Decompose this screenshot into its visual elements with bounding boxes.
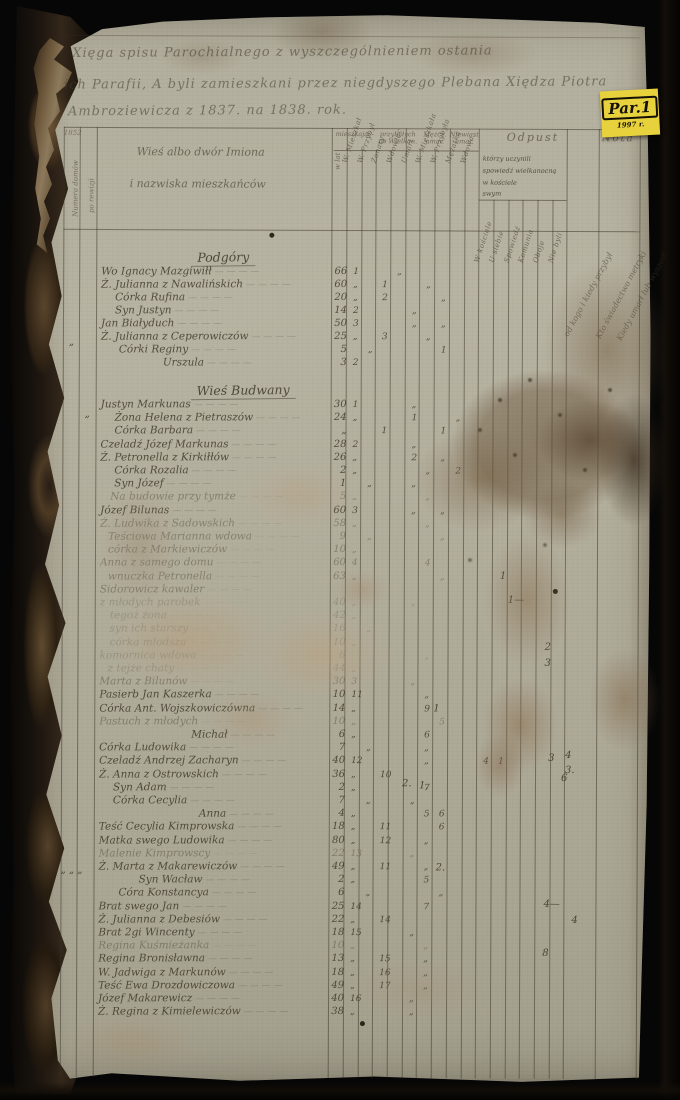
row-name: Michał [191,728,275,740]
row-mark: „ [426,280,431,290]
odpust-note-1: którzy uczynili [483,155,531,163]
row-age: „ [330,425,346,436]
row-name: Regina Bronisławna [98,952,252,964]
ink-dot [360,1021,365,1026]
row-mark: 4 [425,559,431,569]
stray-numeral: „ [85,409,90,420]
row-name: Anna z samego domu [100,556,261,568]
row-age: 10 [330,544,346,555]
row-name: Pastuch z młodych [99,715,246,727]
table-row: Ż. Regina z Kimielewiczów38„„ [0,1005,678,1021]
row-mark: „ [351,822,356,832]
stray-numeral: 4 [565,750,571,761]
row-name: córka młodsza [110,636,234,648]
row-mark: „ [352,453,357,463]
row-mark: „ [351,717,356,727]
row-mark: „ [351,862,356,872]
stray-numeral: 4— [543,899,559,910]
row-mark: „ [353,332,358,342]
row-age: 49 [328,980,344,991]
row-mark: 1 [353,267,359,277]
row-age: 10 [329,716,345,727]
row-mark: „ [367,532,372,542]
stray-numeral: 1— [508,595,524,606]
archive-label: Par.1 1997 r. [600,89,660,138]
row-mark: 1 [498,757,504,767]
row-age: 6 [328,887,344,898]
stray-numeral: 1, [419,780,429,791]
row-name: Teściowa Marianna wdowa [108,530,299,543]
row-mark: „ [352,519,357,529]
row-mark: „ [410,796,415,806]
stray-numeral: 1 [500,571,506,582]
row-mark: „ [353,280,358,290]
row-age: 80 [329,835,345,846]
scanned-register-page: Xięga spisu Parochialnego z wyszczególni… [0,0,680,1100]
row-name: Czeladź Andrzej Zacharyn [99,755,286,767]
row-mark: 4 [483,757,489,767]
row-age: 3 [331,357,347,368]
row-mark: „ [409,1007,414,1017]
row-name: Justyn Markunas [101,398,239,410]
row-name: Sidorowicz kawaler [100,583,252,595]
row-age: 5 [330,491,346,502]
row-age: 42 [330,610,346,621]
row-age: 38 [328,1006,344,1017]
row-mark: 6 [439,810,445,820]
row-mark: 1 [381,427,387,437]
row-mark: „ [411,479,416,489]
table-row: Urszula32 [1,356,680,372]
row-mark: „ [438,889,443,899]
row-mark: 1 [353,400,359,410]
row-name: Córka Rozalia [114,464,236,476]
row-age: 20 [331,292,347,303]
row-age: 60 [330,505,346,516]
row-age: 63 [330,571,346,582]
row-age: 66 [331,266,347,277]
row-mark: 3 [351,677,357,687]
row-mark: „ [441,319,446,329]
odpust-note-2: spowiedź wielkanocną [483,167,557,175]
row-mark: „ [351,875,356,885]
row-name: córka z Markiewiczów [108,543,275,555]
odpust-note-3: w kościele [483,179,517,187]
row-name: Syn Wacław [139,873,250,885]
row-name: Ż. Regina z Kimielewiczów [98,1005,288,1017]
row-mark: „ [367,479,372,489]
row-mark: „ [353,413,358,423]
row-mark: „ [423,942,428,952]
row-name: Malenie Kimprowscy [99,847,258,859]
row-age: 13 [328,953,344,964]
row-age: 60 [330,557,346,568]
row-name: Teść Cecylia Kimprowska [99,821,282,833]
page-title-line-3: Ambroziewicza z 1837. na 1838. rok. [68,103,347,120]
row-name: Syn Justyn [115,304,219,316]
row-age: 2 [329,782,345,793]
odpust-group-label: Odpust [507,131,559,144]
group-headers: mieszkając-przybyłych po Wielkan.Mężcz. … [2,0,680,1]
row-mark: 12 [351,756,362,766]
row-name: Regina Kuśmieżanka [98,939,257,951]
row-mark: „ [426,332,431,342]
row-mark: „ [424,691,429,701]
row-mark: „ [441,293,446,303]
row-mark: „ [440,532,445,542]
row-name: Córka Cecylia [113,794,235,806]
row-mark: 10 [380,770,391,780]
row-age: 40 [328,993,344,1004]
row-mark: 14 [350,902,361,912]
row-name: wnuczka Petronella [108,570,260,582]
stray-numeral: 3 [544,658,550,669]
row-mark: 2 [352,440,358,450]
row-mark: „ [424,836,429,846]
page-title-line-1: Xięga spisu Parochialnego z wyszczególni… [72,43,493,61]
row-mark: „ [351,836,356,846]
row-age: 18 [328,967,344,978]
row-mark: „ [397,267,402,277]
row-name: Córka Rufina [115,291,233,303]
row-mark: „ [353,293,358,303]
row-age: 22 [329,848,345,859]
row-mark: 16 [379,968,390,978]
row-mark: „ [350,954,355,964]
stray-numeral: 2. [436,862,446,873]
table-body: PodgóryWo Ignacy Mazgiwiłł661„Ż. Juliann… [2,0,680,1]
row-name: Córka Ludowika [99,741,234,753]
row-mark: „ [456,414,461,424]
row-name: Marta z Bilunów [99,675,234,687]
row-name: Syn Adam [113,781,214,793]
row-age: 18 [328,927,344,938]
row-name: z tejże chaty [107,662,221,674]
row-age: 10 [329,689,345,700]
row-mark: 9 [424,704,430,714]
row-mark: „ [351,783,356,793]
row-mark: „ [425,466,430,476]
row-mark: 3 [353,319,359,329]
row-age: 25 [331,331,347,342]
row-mark: 5 [424,810,430,820]
row-mark: „ [424,744,429,754]
row-mark: „ [352,545,357,555]
row-mark: 1 [440,427,446,437]
row-name: komornica wdowa [100,649,244,661]
row-name: Córka Ant. Wojszkowiczówna [99,702,302,715]
row-age: 49 [329,861,345,872]
row-mark: „ [351,704,356,714]
row-mark: „ [351,664,356,674]
row-name: Ż. Julianna z Ceperowiczów [101,330,296,343]
stray-numeral: 4 [571,915,577,926]
ink-dot [269,233,274,238]
row-age: 30 [329,676,345,687]
row-name: Czeladź Józef Markunas [100,438,276,450]
row-mark: „ [351,770,356,780]
book-edge-right [658,0,680,1100]
table-grid [2,0,680,1]
row-name: Żona Helena z Pietraszów [115,411,301,423]
page-content: Xięga spisu Parochialnego z wyszczególni… [0,0,680,1100]
row-mark: 6 [439,823,445,833]
row-mark: „ [423,955,428,965]
row-mark: „ [367,625,372,635]
row-mark: 1 [412,413,418,423]
row-mark: „ [350,968,355,978]
row-age: 40 [329,755,345,766]
row-mark: „ [412,400,417,410]
row-mark: 2 [382,293,388,303]
row-age: 10 [328,940,344,951]
row-name: Wo Ignacy Mazgiwiłł [101,265,259,277]
row-age: 18 [329,821,345,832]
row-mark: 5 [424,876,430,886]
row-name: Córka Barbara [115,425,241,437]
row-mark: 13 [351,849,362,859]
name-column-header-2: i nazwiska mieszkańców [130,177,266,191]
row-mark: „ [368,345,373,355]
row-mark: 15 [379,955,390,965]
row-name: z młodych parobek [100,596,248,608]
row-mark: 11 [380,823,391,833]
row-name: Ż. Ludwika z Sadowskich [100,517,282,529]
row-age: 25 [328,901,344,912]
stray-numeral: 8 [542,948,548,959]
row-mark: „ [440,506,445,516]
row-name: Urszula [163,356,252,368]
row-mark: „ [409,928,414,938]
row-age: 7 [329,742,345,753]
archive-label-number: Par.1 [601,96,659,121]
row-age: 36 [329,769,345,780]
margin-column-label-1: Numera domów [71,160,79,217]
row-mark: „ [440,572,445,582]
row-mark: „ [410,849,415,859]
row-mark: 16 [350,994,361,1004]
row-name: Brat swego Jan [98,900,226,912]
stray-annotations: 11—231343.62.1,2.4—48„ „ „„„ [2,0,680,1]
row-mark: „ [366,796,371,806]
row-name: Ż. Julianna z Debesiów [98,913,267,925]
row-mark: „ [411,506,416,516]
row-mark: „ [410,677,415,687]
row-mark: 15 [350,928,361,938]
row-mark: „ [351,730,356,740]
row-age: 4 [329,808,345,819]
row-mark: 1 [382,280,388,290]
row-name: Józef Makarewicz [98,992,240,1004]
row-age: 28 [330,439,346,450]
stray-numeral: 6 [561,773,567,784]
rotated-column-headers: W. MieszkałW. PrzybyłŻonatyWdowiecUmarłW… [2,0,680,1]
row-mark: „ [423,968,428,978]
row-age: 30 [331,399,347,410]
row-name: Syn Józef [114,477,211,489]
row-age: 50 [331,318,347,329]
row-mark: „ [424,862,429,872]
row-mark: „ [411,598,416,608]
row-name: W. Jadwiga z Markunów [98,966,273,978]
row-mark: 5 [439,717,445,727]
row-mark: 11 [351,690,362,700]
row-name: Teść Ewa Drozdowiczowa [98,979,282,991]
row-mark: „ [425,519,430,529]
row-mark: 4 [352,558,358,568]
row-mark: „ [350,941,355,951]
row-mark: 6 [424,730,430,740]
row-mark: „ [412,306,417,316]
row-mark: „ [440,453,445,463]
row-mark: „ [352,598,357,608]
row-mark: „ [350,915,355,925]
row-name: Córki Reginy [119,343,236,355]
stray-numeral: 2. [402,778,412,789]
name-column-header-1: Wieś albo dwór Imiona [137,145,265,159]
row-mark: „ [352,572,357,582]
row-mark: „ [424,757,429,767]
row-mark: „ [352,492,357,502]
row-name: Jan Białyduch [101,317,222,329]
row-age: 2 [330,465,346,476]
row-mark: „ [366,743,371,753]
stray-numeral: 3 [548,753,554,764]
page-bottom-shadow [0,1082,680,1100]
row-age: 26 [330,452,346,463]
row-mark: 2 [411,453,417,463]
row-age: 58 [330,518,346,529]
row-name: Ż. Petronella z Kirkiłłów [100,451,276,463]
row-name: Ż. Julianna z Nawalińskich [101,278,290,290]
row-mark: „ [409,994,414,1004]
ink-dot [553,589,558,594]
row-mark: 1 [441,345,447,355]
row-age: 6 [329,729,345,740]
row-name: Matka swego Ludowika [99,834,272,846]
row-mark: „ [423,981,428,991]
row-name: Anna [199,808,274,820]
row-age: 10 [330,637,346,648]
row-mark: 17 [379,981,390,991]
row-mark: „ [365,889,370,899]
row-mark: „ [411,440,416,450]
row-age: 14 [331,305,347,316]
row-name: Córa Konstancya [118,887,256,899]
row-mark: „ [425,651,430,661]
row-mark: 11 [380,862,391,872]
row-age: 9 [330,531,346,542]
row-mark: 3 [382,332,388,342]
row-name: Brat 2gi Wincenty [98,926,242,938]
stray-numeral: 1 [433,703,439,714]
row-name: Na budowie przy tymże [110,491,283,503]
row-name: tegoż żona [110,609,215,621]
row-age: 2 [329,874,345,885]
archive-label-year: 1997 r. [617,119,645,129]
row-mark: „ [412,319,417,329]
row-age: 5 [331,344,347,355]
row-age: 60 [331,279,347,290]
row-age: 22 [328,914,344,925]
margin-column-label-2: po rewizji [87,178,95,213]
row-name: syn ich starszy [110,622,236,634]
row-mark: 7 [423,902,429,912]
stray-numeral: „ „ „ [61,865,83,876]
row-mark: 2 [353,358,359,368]
row-mark: 12 [380,836,391,846]
row-name: Ż. Marta z Makarewiczów [99,860,285,872]
row-name: Ż. Anna z Ostrowskich [99,768,266,780]
row-age: 6 [330,650,346,661]
row-mark: 3 [352,506,358,516]
row-mark: 14 [379,915,390,925]
margin-note: 1852 [64,129,82,137]
row-mark: „ [350,1007,355,1017]
row-mark: „ [352,466,357,476]
row-age: 7 [329,795,345,806]
row-age: 1 [330,478,346,489]
row-mark: „ [352,638,357,648]
row-mark: 2 [353,306,359,316]
row-age: 14 [329,703,345,714]
row-mark: „ [351,809,356,819]
page-title-line-2: ich Parafii, A byli zamieszkani przez ni… [64,74,607,92]
frame-line-top [68,35,640,38]
stray-numeral: 2 [545,642,551,653]
stray-numeral: „ [69,337,74,348]
row-age: 16 [330,623,346,634]
row-name: Pasierb Jan Kaszerka [99,688,259,700]
row-age: 44 [329,663,345,674]
row-mark: „ [425,493,430,503]
row-age: 40 [330,597,346,608]
row-mark: „ [352,611,357,621]
row-mark: 2 [455,467,461,477]
row-mark: „ [350,981,355,991]
row-age: 24 [331,412,347,423]
row-name: Józef Bilunas [100,504,217,516]
